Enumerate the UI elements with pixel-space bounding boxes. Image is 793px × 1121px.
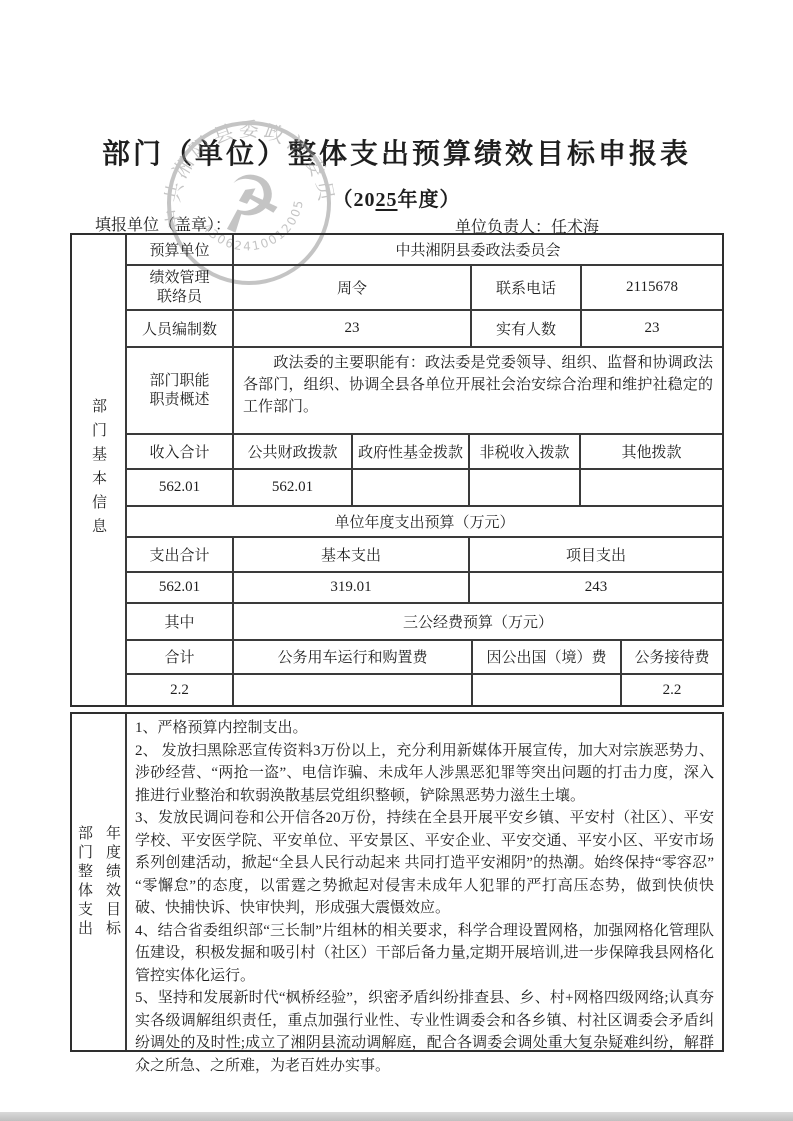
three-public-value-row: 2.2 2.2 bbox=[127, 673, 722, 705]
gov-fund-header: 政府性基金拨款 bbox=[351, 435, 468, 468]
expense-header-row: 支出合计 基本支出 项目支出 bbox=[127, 536, 722, 571]
public-finance-value: 562.01 bbox=[232, 470, 351, 505]
project-expense-header: 项目支出 bbox=[468, 538, 722, 571]
performance-item-4: 4、结合省委组织部“三长制”片组林的相关要求，科学合理设置网格，加强网格化管理队… bbox=[135, 920, 714, 988]
year-prefix: （20 bbox=[333, 189, 376, 211]
budget-unit-row: 预算单位 中共湘阴县委政法委员会 bbox=[127, 235, 722, 264]
expense-band-row: 单位年度支出预算（万元） bbox=[127, 505, 722, 537]
duties-label: 部门职能 职责概述 bbox=[127, 348, 232, 433]
income-total-value: 562.01 bbox=[127, 470, 232, 505]
budget-unit-label: 预算单位 bbox=[127, 235, 232, 264]
three-public-total-header: 合计 bbox=[127, 641, 232, 674]
liaison-value: 周令 bbox=[232, 266, 470, 310]
form-title: 部门（单位）整体支出预算绩效目标申报表 bbox=[0, 132, 793, 172]
reception-fee-value: 2.2 bbox=[620, 675, 722, 705]
expense-total-header: 支出合计 bbox=[127, 538, 232, 571]
staffing-label: 人员编制数 bbox=[127, 311, 232, 346]
among-band-row: 其中 三公经费预算（万元） bbox=[127, 602, 722, 639]
expense-value-row: 562.01 319.01 243 bbox=[127, 571, 722, 602]
phone-label: 联系电话 bbox=[470, 266, 580, 310]
income-header-row: 收入合计 公共财政拨款 政府性基金拨款 非税收入拨款 其他拨款 bbox=[127, 433, 722, 468]
actual-staff-value: 23 bbox=[580, 311, 722, 346]
performance-section-header: 部门整体支出 年度绩效目标 bbox=[72, 714, 127, 1050]
three-public-header-row: 合计 公务用车运行和购置费 因公出国（境）费 公务接待费 bbox=[127, 639, 722, 674]
basic-expense-header: 基本支出 bbox=[232, 538, 468, 571]
fill-unit-label: 填报单位（盖章）： bbox=[95, 212, 231, 235]
performance-section-titles: 部门整体支出 年度绩效目标 bbox=[74, 825, 123, 939]
staffing-value: 23 bbox=[232, 311, 470, 346]
form-year-subtitle: （2025年度） bbox=[0, 183, 793, 212]
performance-item-2: 2、 发放扫黑除恶宣传资料3万份以上，充分利用新媒体开展宣传，加大对宗族恶势力、… bbox=[135, 740, 714, 808]
income-value-row: 562.01 562.01 bbox=[127, 468, 722, 505]
liaison-row: 绩效管理 联络员 周令 联系电话 2115678 bbox=[127, 264, 722, 310]
duties-text: 政法委的主要职能有：政法委是党委领导、组织、监督和协调政法各部门，组织、协调全县… bbox=[232, 348, 722, 433]
performance-item-5: 5、坚持和发展新时代“枫桥经验”，织密矛盾纠纷排查县、乡、村+网格四级网络;认真… bbox=[135, 987, 714, 1077]
budget-unit-value: 中共湘阴县委政法委员会 bbox=[232, 235, 722, 264]
basic-info-body: 预算单位 中共湘阴县委政法委员会 绩效管理 联络员 周令 联系电话 211567… bbox=[127, 235, 722, 705]
project-expense-value: 243 bbox=[468, 573, 722, 602]
basic-expense-value: 319.01 bbox=[232, 573, 468, 602]
basic-info-section-header: 部门基本信息 bbox=[72, 235, 127, 705]
vehicle-fee-value bbox=[232, 675, 471, 705]
staffing-row: 人员编制数 23 实有人数 23 bbox=[127, 309, 722, 346]
liaison-label: 绩效管理 联络员 bbox=[127, 266, 232, 310]
actual-staff-label: 实有人数 bbox=[470, 311, 580, 346]
performance-target-table: 部门整体支出 年度绩效目标 1、严格预算内控制支出。 2、 发放扫黑除恶宣传资料… bbox=[70, 712, 724, 1052]
vehicle-fee-header: 公务用车运行和购置费 bbox=[232, 641, 471, 674]
nontax-header: 非税收入拨款 bbox=[468, 435, 579, 468]
gov-fund-value bbox=[351, 470, 468, 505]
among-label: 其中 bbox=[127, 604, 232, 639]
nontax-value bbox=[468, 470, 579, 505]
three-public-total-value: 2.2 bbox=[127, 675, 232, 705]
public-finance-header: 公共财政拨款 bbox=[232, 435, 351, 468]
basic-info-section-title: 部门基本信息 bbox=[88, 398, 109, 542]
reception-fee-header: 公务接待费 bbox=[620, 641, 722, 674]
performance-body: 1、严格预算内控制支出。 2、 发放扫黑除恶宣传资料3万份以上，充分利用新媒体开… bbox=[127, 714, 722, 1050]
performance-item-3: 3、发放民调问卷和公开信各20万份，持续在全县开展平安乡镇、平安村（社区）、平安… bbox=[135, 807, 714, 920]
performance-items: 1、严格预算内控制支出。 2、 发放扫黑除恶宣传资料3万份以上，充分利用新媒体开… bbox=[127, 714, 722, 1081]
expense-band-title: 单位年度支出预算（万元） bbox=[127, 507, 722, 537]
expense-total-value: 562.01 bbox=[127, 573, 232, 602]
income-total-header: 收入合计 bbox=[127, 435, 232, 468]
phone-value: 2115678 bbox=[580, 266, 722, 310]
performance-title-col1: 部门整体支出 bbox=[74, 825, 95, 939]
year-suffix: 年度） bbox=[398, 189, 461, 211]
other-fund-value bbox=[579, 470, 722, 505]
performance-title-col2: 年度绩效目标 bbox=[102, 825, 123, 939]
abroad-fee-value bbox=[471, 675, 620, 705]
performance-item-1: 1、严格预算内控制支出。 bbox=[135, 717, 714, 740]
basic-info-table: 部门基本信息 预算单位 中共湘阴县委政法委员会 绩效管理 联络员 周令 联系电话… bbox=[70, 233, 724, 707]
scan-edge-shadow bbox=[0, 1112, 793, 1121]
year-underlined: 25 bbox=[376, 189, 398, 211]
three-public-band-title: 三公经费预算（万元） bbox=[232, 604, 722, 639]
other-fund-header: 其他拨款 bbox=[579, 435, 722, 468]
scanned-form-page: 部门（单位）整体支出预算绩效目标申报表 （2025年度） 填报单位（盖章）： 单… bbox=[0, 0, 793, 1121]
abroad-fee-header: 因公出国（境）费 bbox=[471, 641, 620, 674]
duties-row: 部门职能 职责概述 政法委的主要职能有：政法委是党委领导、组织、监督和协调政法各… bbox=[127, 346, 722, 433]
